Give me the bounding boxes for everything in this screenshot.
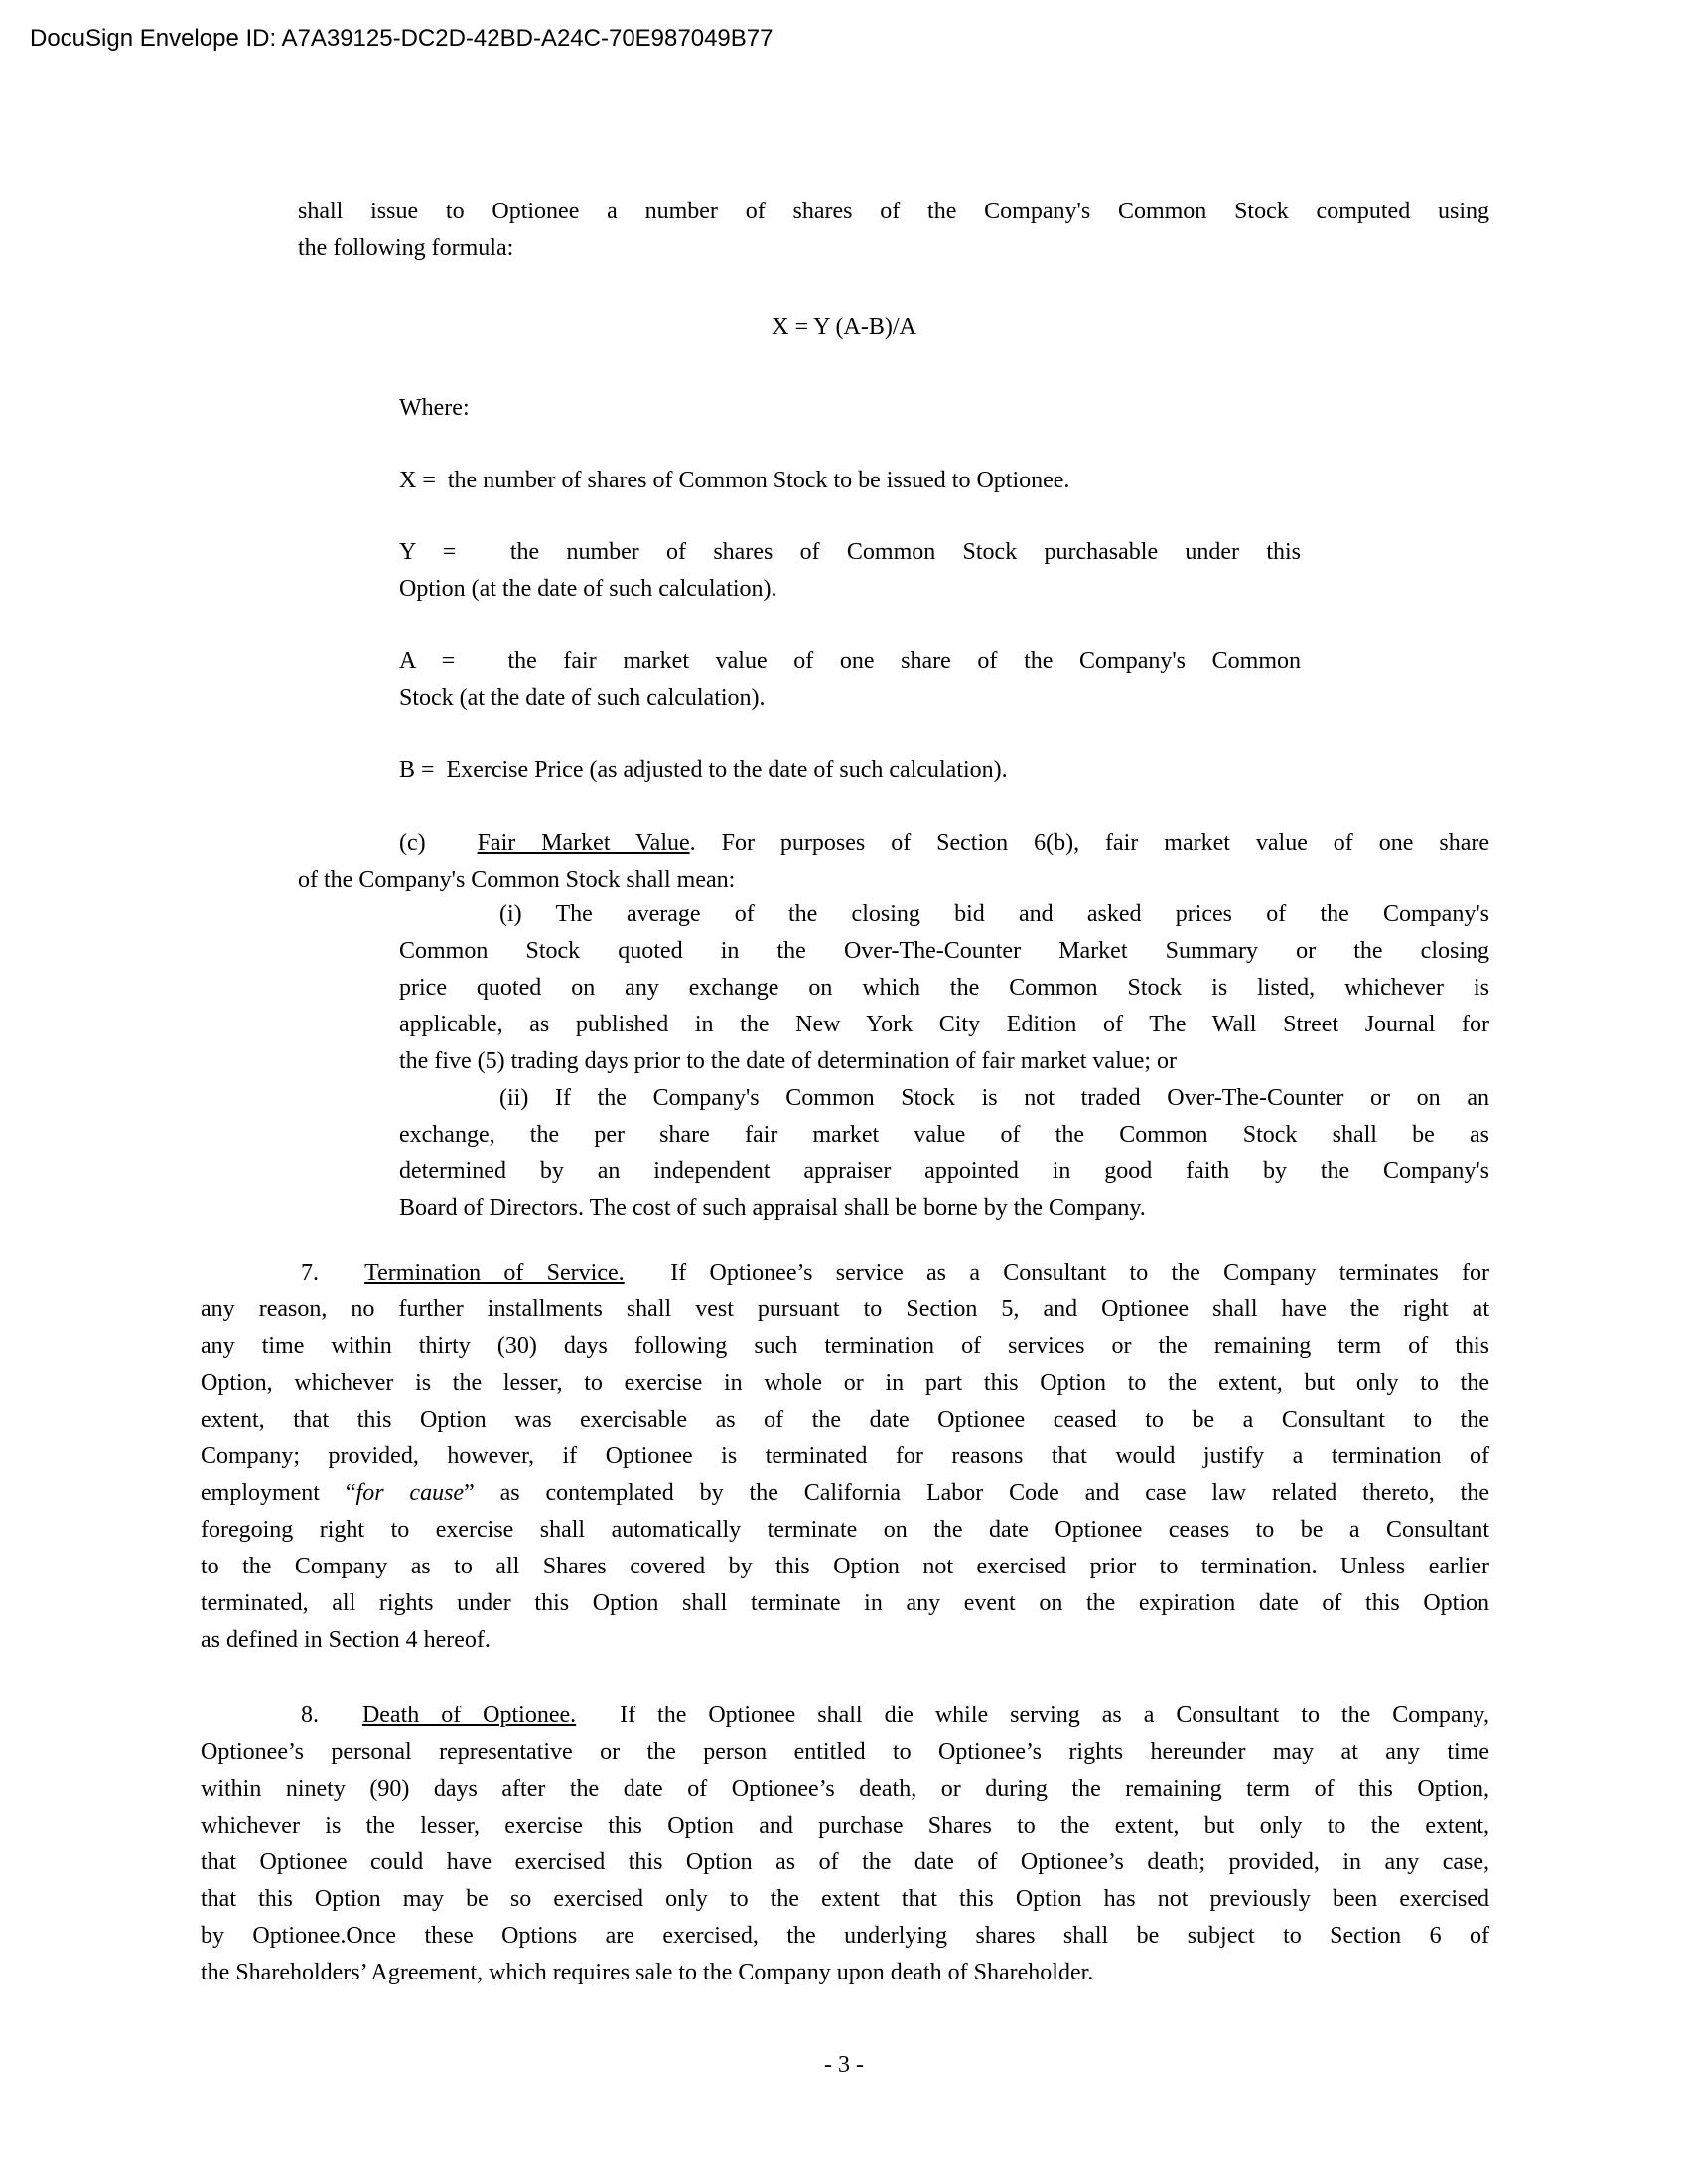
where-label: Where: xyxy=(399,390,470,427)
clause-c-fair-market-value: (c) Fair Market Value. For purposes of S… xyxy=(298,825,1489,898)
docusign-envelope-id: DocuSign Envelope ID: A7A39125-DC2D-42BD… xyxy=(30,24,773,54)
document-page: DocuSign Envelope ID: A7A39125-DC2D-42BD… xyxy=(0,0,1688,2184)
clause-c-ii-paragraph: (ii) If the Company's Common Stock is no… xyxy=(399,1080,1489,1227)
page-number: - 3 - xyxy=(0,2047,1688,2084)
definition-x: X = the number of shares of Common Stock… xyxy=(399,463,1301,499)
formula-line: X = Y (A-B)/A xyxy=(0,309,1688,345)
definition-y: Y = the number of shares of Common Stock… xyxy=(399,534,1301,608)
definition-b: B = Exercise Price (as adjusted to the d… xyxy=(399,752,1301,789)
intro-paragraph: shall issue to Optionee a number of shar… xyxy=(298,194,1489,267)
clause-c-i-paragraph: (i) The average of the closing bid and a… xyxy=(399,896,1489,1080)
section-7-termination-of-service: 7. Termination of Service. If Optionee’s… xyxy=(201,1255,1489,1659)
section-8-death-of-optionee: 8. Death of Optionee. If the Optionee sh… xyxy=(201,1698,1489,1991)
definition-a: A = the fair market value of one share o… xyxy=(399,643,1301,717)
